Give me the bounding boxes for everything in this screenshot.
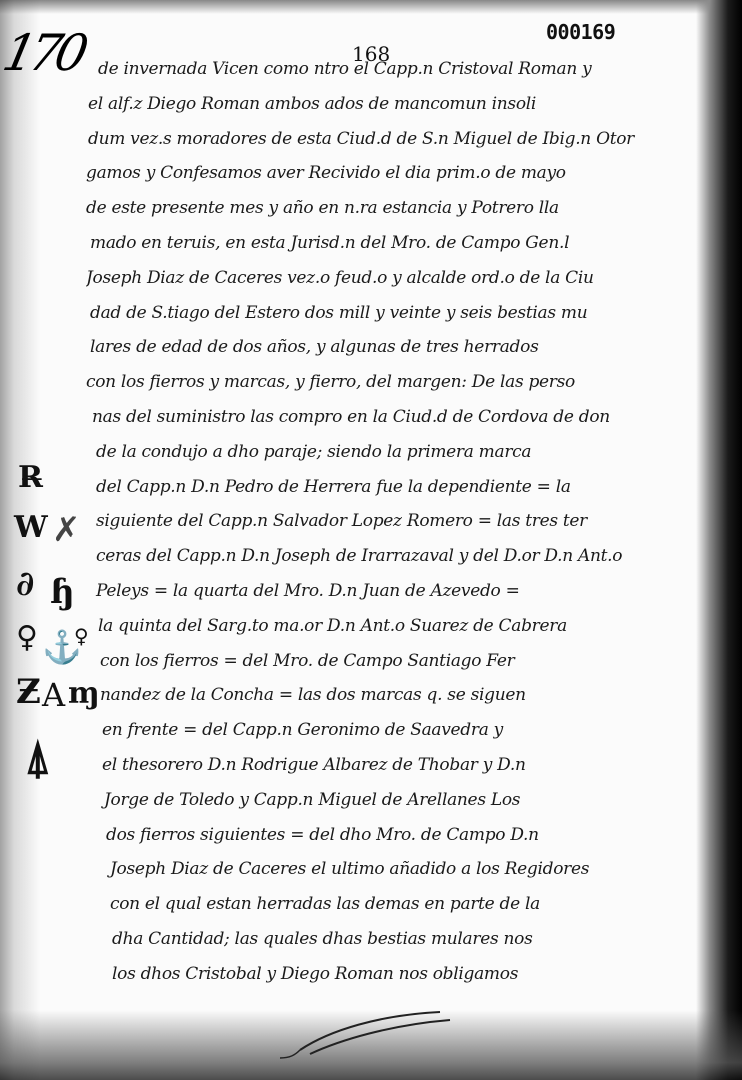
text-line: en frente = del Capp.n Geronimo de Saave… [86,713,686,748]
text-line: mado en teruis, en esta Jurisd.n del Mro… [86,226,686,261]
text-line: con los fierros y marcas, y fierro, del … [86,365,686,400]
crossed-mark-icon: ✗ [52,510,81,550]
brand-triangle-stem-icon: ⍋ [24,730,52,786]
text-line: nandez de la Concha = las dos marcas q. … [86,678,686,713]
text-line: de la condujo a dho paraje; siendo la pr… [86,435,686,470]
brand-ring-m-icon: ɱ [68,676,100,711]
text-line: nas del suministro las compro en la Ciud… [86,400,686,435]
text-line: lares de edad de dos años, y algunas de … [86,330,686,365]
text-line: dum vez.s moradores de esta Ciud.d de S.… [86,122,686,157]
brand-r-cross-icon: R̶ [18,460,43,495]
text-line: del Capp.n D.n Pedro de Herrera fue la d… [86,470,686,505]
brand-ring-small-icon: ♀ [74,624,89,648]
signature-flourish-icon [240,1010,460,1060]
text-line: Joseph Diaz de Caceres el ultimo añadido… [86,852,686,887]
manuscript-page: 000169 170 168 de invernada Vicen como n… [0,0,742,1080]
text-line: de este presente mes y año en n.ra estan… [86,191,686,226]
text-line: Joseph Diaz de Caceres vez.o feud.o y al… [86,261,686,296]
brand-ring-cross-icon: ♀ [16,620,38,655]
text-line: siguiente del Capp.n Salvador Lopez Rome… [86,504,686,539]
text-line: dos fierros siguientes = del dho Mro. de… [86,818,686,853]
text-line: con el qual estan herradas las demas en … [86,887,686,922]
margin-cattle-brands: R̶ W ✗ ∂ ɧ ♀ ⚓ ♀ Ƶ A ɱ ⍋ [12,460,102,800]
text-line: el alf.z Diego Roman ambos ados de manco… [86,87,686,122]
manuscript-text-body: de invernada Vicen como ntro el Capp.n C… [86,52,686,992]
text-line: de invernada Vicen como ntro el Capp.n C… [86,52,686,87]
brand-w-icon: W [14,510,48,545]
binding-edge-right [696,0,742,1080]
text-line: la quinta del Sarg.to ma.or D.n Ant.o Su… [86,609,686,644]
brand-a-icon: A [42,676,65,714]
text-line: ceras del Capp.n D.n Joseph de Irarrazav… [86,539,686,574]
brand-z-icon: Ƶ [16,672,41,712]
archive-stamp-number: 000169 [546,20,615,44]
text-line: el thesorero D.n Rodrigue Albarez de Tho… [86,748,686,783]
text-line: con los fierros = del Mro. de Campo Sant… [86,644,686,679]
text-line: dha Cantidad; las quales dhas bestias mu… [86,922,686,957]
text-line: los dhos Cristobal y Diego Roman nos obl… [86,957,686,992]
text-line: Jorge de Toledo y Capp.n Miguel de Arell… [86,783,686,818]
text-line: gamos y Confesamos aver Recivido el dia … [86,156,686,191]
folio-number: 170 [0,24,88,82]
page-edge-top [0,0,742,14]
brand-h-hook-icon: ɧ [50,572,75,612]
text-line: Peleys = la quarta del Mro. D.n Juan de … [86,574,686,609]
brand-d-icon: ∂ [16,564,34,604]
text-line: dad de S.tiago del Estero dos mill y vei… [86,296,686,331]
